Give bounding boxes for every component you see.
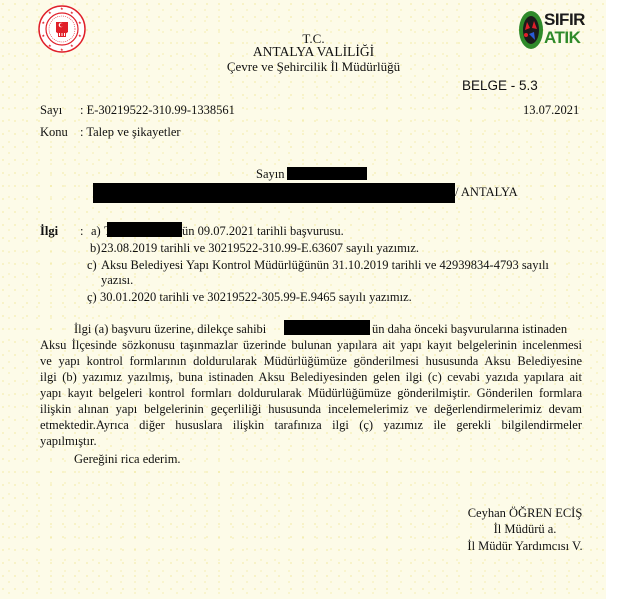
redacted-petitioner xyxy=(284,320,370,335)
konu-value: : Talep ve şikayetler xyxy=(80,125,181,140)
ilgi-b-marker: b) xyxy=(90,241,100,256)
document-date: 13.07.2021 xyxy=(523,103,579,118)
body-line: etmektedir.Ayrıca diğer hususlara ilişki… xyxy=(40,418,582,433)
body-first-line-end: ün daha önceki başvurularına istinaden xyxy=(372,322,567,337)
ilgi-label: İlgi xyxy=(40,224,58,239)
ilgi-a-text: ün 09.07.2021 tarihli başvurusu. xyxy=(182,224,344,239)
closing-line: Gereğini rica ederim. xyxy=(74,452,181,467)
ilgi-cc-marker: ç) xyxy=(87,290,97,305)
konu-label: Konu xyxy=(40,125,68,140)
body-line: yapı kayıt belgeleri kontrol formları do… xyxy=(40,386,582,401)
addressee-city: / ANTALYA xyxy=(455,185,518,200)
ilgi-b-text: 23.08.2019 tarihli ve 30219522-310.99-E.… xyxy=(101,241,419,256)
redacted-applicant xyxy=(107,222,182,237)
sayi-label: Sayı xyxy=(40,103,62,118)
body-last-line: yapılmıştır. xyxy=(40,434,97,449)
svg-text:★: ★ xyxy=(42,20,46,25)
svg-text:★: ★ xyxy=(78,20,82,25)
body-first-line-start: İlgi (a) başvuru üzerine, dilekçe sahibi xyxy=(74,322,266,337)
document-tag: BELGE - 5.3 xyxy=(462,78,538,93)
body-line: ilgi (b) yazımız yazılmış, buna istinade… xyxy=(40,370,582,385)
document-page: ★★★ ★★ ★★ ★★★ SIFIR ATIK T.C. ANTALYA VA… xyxy=(0,0,606,599)
salutation: Sayın xyxy=(256,167,284,182)
signatory-title-1: İl Müdürü a. xyxy=(430,521,620,537)
ilgi-c-marker: c) xyxy=(87,258,97,273)
redacted-name xyxy=(287,167,367,180)
svg-text:★: ★ xyxy=(70,10,74,15)
body-line: ve yapı kontrol formlarının doldurularak… xyxy=(40,354,582,369)
signatory-title-2: İl Müdür Yardımcısı V. xyxy=(430,538,620,554)
logo-text-top: SIFIR xyxy=(544,10,585,30)
ilgi-c-text: Aksu Belediyesi Yapı Kontrol Müdürlüğünü… xyxy=(101,258,549,273)
ilgi-cc-text: 30.01.2020 tarihli ve 30219522-305.99-E.… xyxy=(100,290,412,305)
ilgi-c-continuation: yazısı. xyxy=(101,273,133,288)
svg-text:★: ★ xyxy=(48,10,52,15)
redacted-address xyxy=(93,183,455,203)
body-line: ilişkin alınan yapı belgelerinin geçerli… xyxy=(40,402,582,417)
ilgi-colon: : xyxy=(80,224,83,239)
header-governorship: ANTALYA VALİLİĞİ xyxy=(0,44,627,59)
sayi-value: : E-30219522-310.99-1338561 xyxy=(80,103,235,118)
ilgi-a-marker: a) xyxy=(91,224,101,239)
signatory-name: Ceyhan ÖĞREN ECİŞ xyxy=(430,505,620,521)
header-directorate: Çevre ve Şehircilik İl Müdürlüğü xyxy=(0,59,627,74)
body-line: Aksu İlçesinde sözkonusu taşınmazlar üze… xyxy=(40,338,582,353)
svg-text:★: ★ xyxy=(60,6,64,11)
